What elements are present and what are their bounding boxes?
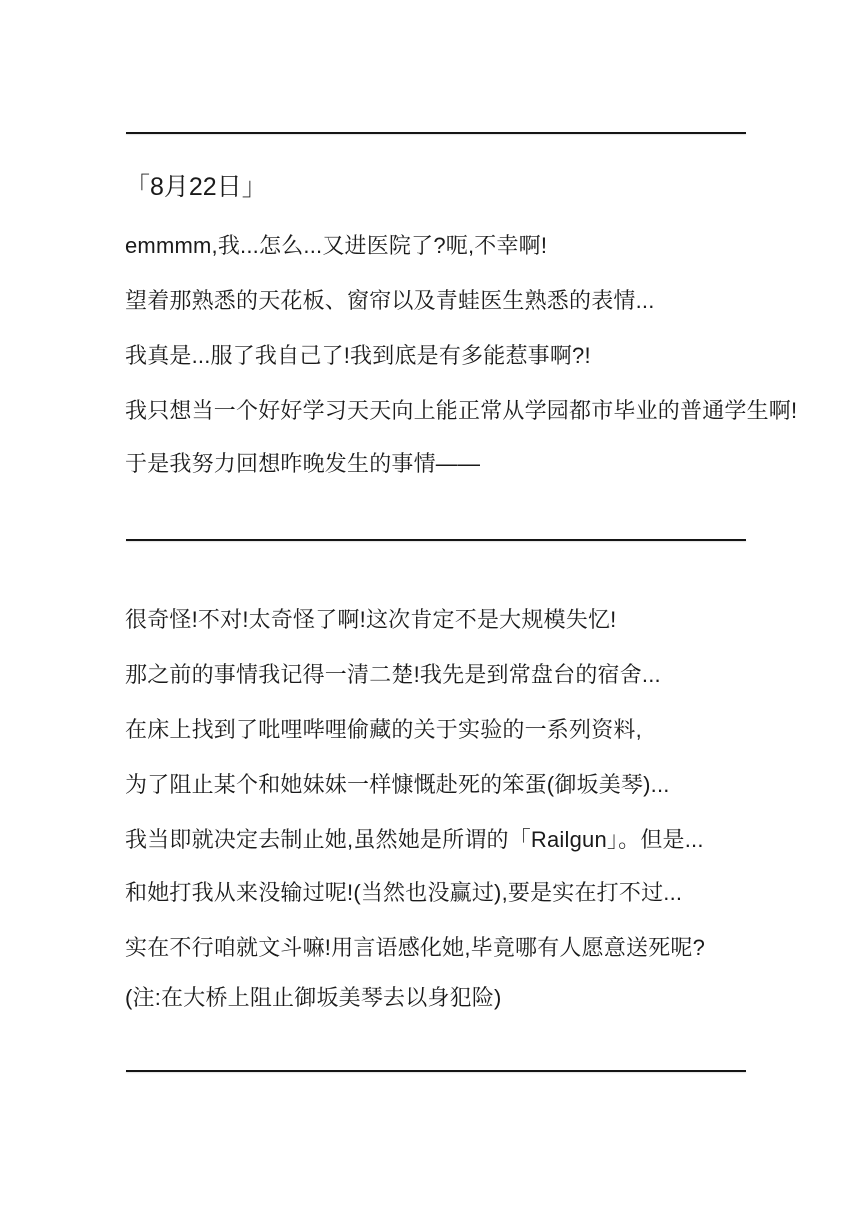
date-heading: 「8月22日」 [125,169,267,205]
section-divider-middle [126,539,746,541]
paragraph: 在床上找到了吡哩哔哩偷藏的关于实验的一系列资料, [125,714,642,746]
paragraph: (注:在大桥上阻止御坂美琴去以身犯险) [125,982,502,1014]
section-divider-bottom [126,1070,746,1072]
paragraph: 实在不行咱就文斗嘛!用言语感化她,毕竟哪有人愿意送死呢? [125,932,705,964]
paragraph: emmmm,我...怎么...又进医院了?呃,不幸啊! [125,230,547,262]
paragraph: 很奇怪!不对!太奇怪了啊!这次肯定不是大规模失忆! [125,604,616,636]
paragraph: 和她打我从来没输过呢!(当然也没赢过),要是实在打不过... [125,877,682,909]
diary-page: 「8月22日」 emmmm,我...怎么...又进医院了?呃,不幸啊! 望着那熟… [0,0,868,1227]
paragraph: 于是我努力回想昨晚发生的事情—— [125,448,480,480]
paragraph: 我当即就决定去制止她,虽然她是所谓的「Railgun」。但是... [125,824,704,856]
paragraph: 那之前的事情我记得一清二楚!我先是到常盘台的宿舍... [125,659,661,691]
paragraph: 我真是...服了我自己了!我到底是有多能惹事啊?! [125,340,591,372]
paragraph: 为了阻止某个和她妹妹一样慷慨赴死的笨蛋(御坂美琴)... [125,769,670,801]
section-divider-top [126,132,746,134]
paragraph: 望着那熟悉的天花板、窗帘以及青蛙医生熟悉的表情... [125,285,655,317]
paragraph: 我只想当一个好好学习天天向上能正常从学园都市毕业的普通学生啊! [125,395,797,427]
